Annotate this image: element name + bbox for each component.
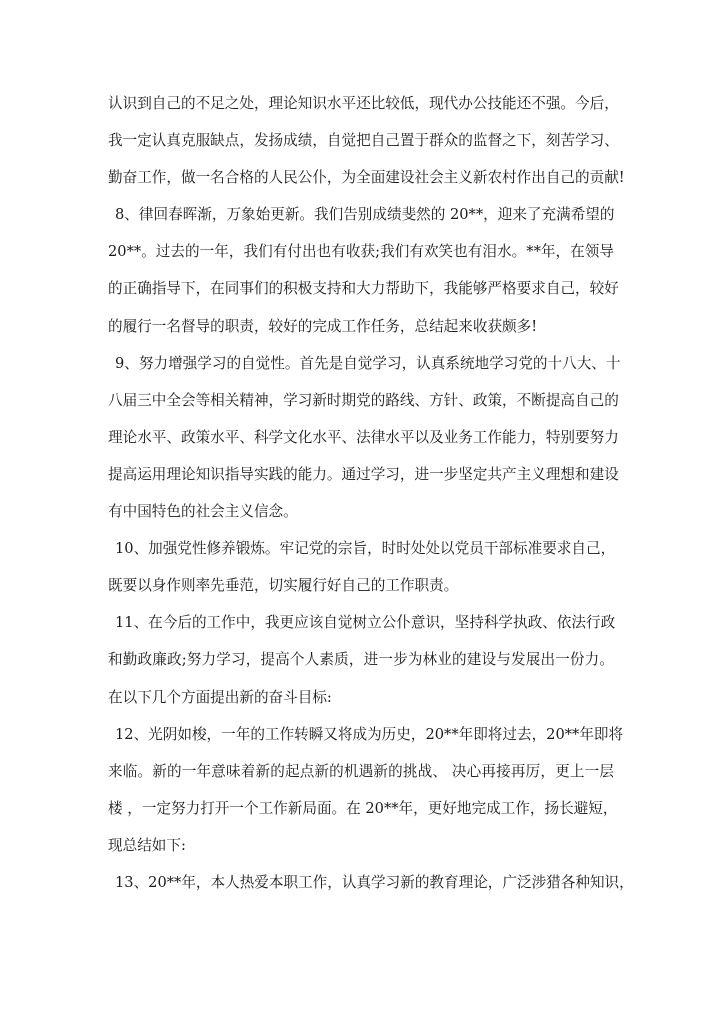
document-body: 认识到自己的不足之处，理论知识水平还比较低，现代办公技能还不强。今后， 我一定认… bbox=[108, 85, 614, 901]
paragraph-11-line-3: 在以下几个方面提出新的奋斗目标: bbox=[108, 679, 614, 716]
paragraph-9-line-4: 提高运用理论知识指导实践的能力。通过学习，进一步坚定共产主义理想和建设 bbox=[108, 456, 614, 493]
text-line-2: 我一定认真克服缺点，发扬成绩，自觉把自己置于群众的监督之下，刻苦学习、 bbox=[108, 122, 614, 159]
paragraph-9-line-3: 理论水平、政策水平、科学文化水平、法律水平以及业务工作能力，特别要努力 bbox=[108, 419, 614, 456]
paragraph-13-line-1: 13、20**年，本人热爱本职工作，认真学习新的教育理论，广泛涉猎各种知识， bbox=[108, 864, 614, 901]
paragraph-8-line-1: 8、律回春晖渐，万象始更新。我们告别成绩斐然的 20**，迎来了充满希望的 bbox=[108, 196, 614, 233]
paragraph-12-line-1: 12、光阴如梭，一年的工作转瞬又将成为历史，20**年即将过去，20**年即将 bbox=[108, 716, 614, 753]
paragraph-9-line-5: 有中国特色的社会主义信念。 bbox=[108, 493, 614, 530]
paragraph-10-line-1: 10、加强党性修养锻炼。牢记党的宗旨，时时处处以党员干部标准要求自己， bbox=[108, 530, 614, 567]
paragraph-12-line-4: 现总结如下: bbox=[108, 827, 614, 864]
paragraph-10-line-2: 既要以身作则率先垂范，切实履行好自己的工作职责。 bbox=[108, 567, 614, 604]
text-line-1: 认识到自己的不足之处，理论知识水平还比较低，现代办公技能还不强。今后， bbox=[108, 85, 614, 122]
paragraph-9-line-1: 9、努力增强学习的自觉性。首先是自觉学习，认真系统地学习党的十八大、十 bbox=[108, 345, 614, 382]
paragraph-12-line-3: 楼 ，一定努力打开一个工作新局面。在 20**年，更好地完成工作，扬长避短， bbox=[108, 790, 614, 827]
paragraph-11-line-2: 和勤政廉政;努力学习，提高个人素质，进一步为林业的建设与发展出一份力。 bbox=[108, 641, 614, 678]
paragraph-12-line-2: 来临。新的一年意味着新的起点新的机遇新的挑战、 决心再接再厉，更上一层 bbox=[108, 753, 614, 790]
document-page: 认识到自己的不足之处，理论知识水平还比较低，现代办公技能还不强。今后， 我一定认… bbox=[0, 0, 721, 1020]
paragraph-8-line-4: 的履行一名督导的职责，较好的完成工作任务，总结起来收获颇多! bbox=[108, 308, 614, 345]
paragraph-11-line-1: 11、在今后的工作中，我更应该自觉树立公仆意识，坚持科学执政、依法行政 bbox=[108, 604, 614, 641]
paragraph-8-line-3: 的正确指导下，在同事们的积极支持和大力帮助下，我能够严格要求自己，较好 bbox=[108, 270, 614, 307]
text-line-3: 勤奋工作，做一名合格的人民公仆，为全面建设社会主义新农村作出自己的贡献! bbox=[108, 159, 614, 196]
paragraph-8-line-2: 20**。过去的一年，我们有付出也有收获;我们有欢笑也有泪水。**年，在领导 bbox=[108, 233, 614, 270]
paragraph-9-line-2: 八届三中全会等相关精神，学习新时期党的路线、方针、政策，不断提高自己的 bbox=[108, 382, 614, 419]
